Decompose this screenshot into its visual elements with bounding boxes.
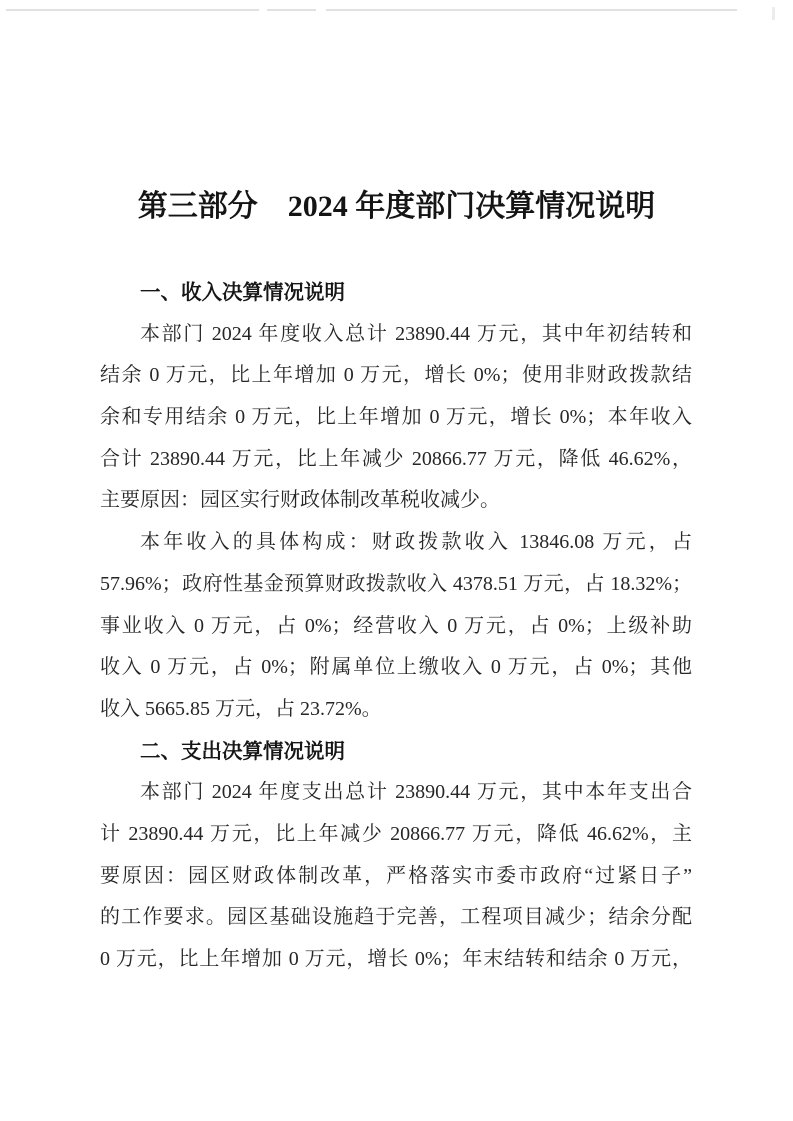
- body-line: 要原因：园区财政体制改革，严格落实市委市政府“过紧日子”: [100, 856, 692, 898]
- body-line: 余和专用结余 0 万元，比上年增加 0 万元，增长 0%；本年收入: [100, 397, 692, 439]
- body-line: 收入 0 万元，占 0%；附属单位上缴收入 0 万元，占 0%；其他: [100, 647, 692, 689]
- body-line: 合计 23890.44 万元，比上年减少 20866.77 万元，降低 46.6…: [100, 439, 692, 481]
- body-line: 收入 5665.85 万元，占 23.72%。: [100, 689, 692, 731]
- body-line: 本部门 2024 年度收入总计 23890.44 万元，其中年初结转和: [100, 314, 692, 356]
- body-line: 本部门 2024 年度支出总计 23890.44 万元，其中本年支出合: [100, 772, 692, 814]
- document-body: 一、收入决算情况说明 本部门 2024 年度收入总计 23890.44 万元，其…: [100, 272, 692, 981]
- section-heading-expenditure: 二、支出决算情况说明: [100, 731, 692, 773]
- scan-artifact-line: [6, 9, 259, 11]
- page-title: 第三部分 2024 年度部门决算情况说明: [0, 189, 793, 225]
- scan-artifact-mark: [772, 7, 775, 20]
- scan-artifact-line: [267, 9, 316, 11]
- body-line: 事业收入 0 万元，占 0%；经营收入 0 万元，占 0%；上级补助: [100, 606, 692, 648]
- body-line: 的工作要求。园区基础设施趋于完善，工程项目减少；结余分配: [100, 897, 692, 939]
- body-line: 本年收入的具体构成：财政拨款收入 13846.08 万元，占: [100, 522, 692, 564]
- body-line: 57.96%；政府性基金预算财政拨款收入 4378.51 万元，占 18.32%…: [100, 564, 692, 606]
- scan-artifact-line: [326, 9, 737, 11]
- body-line: 主要原因：园区实行财政体制改革税收减少。: [100, 480, 692, 522]
- document-page: 第三部分 2024 年度部门决算情况说明 一、收入决算情况说明 本部门 2024…: [0, 0, 793, 1121]
- section-heading-income: 一、收入决算情况说明: [100, 272, 692, 314]
- body-line: 结余 0 万元，比上年增加 0 万元，增长 0%；使用非财政拨款结: [100, 355, 692, 397]
- body-line: 0 万元，比上年增加 0 万元，增长 0%；年末结转和结余 0 万元，: [100, 939, 692, 981]
- body-line: 计 23890.44 万元，比上年减少 20866.77 万元，降低 46.62…: [100, 814, 692, 856]
